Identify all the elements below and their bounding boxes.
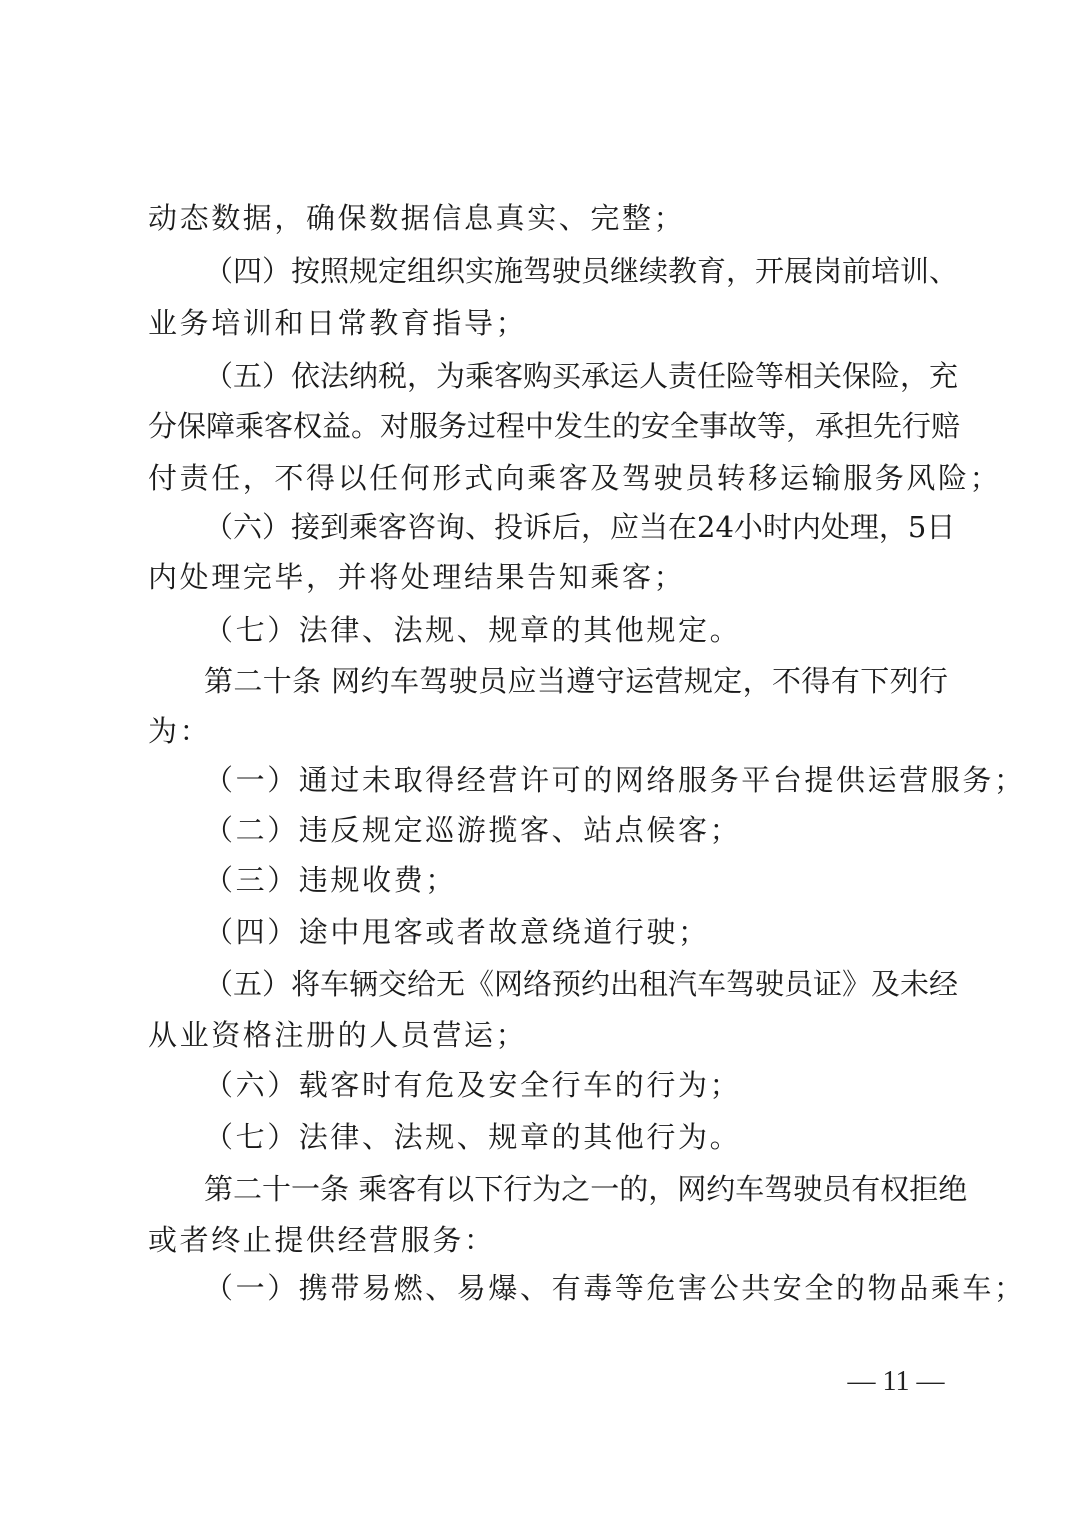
text-line-1: 动态数据，确保数据信息真实、完整；: [148, 198, 948, 238]
text-line-21: 或者终止提供经营服务：: [148, 1220, 948, 1260]
document-page: 动态数据，确保数据信息真实、完整； （四）按照规定组织实施驾驶员继续教育，开展岗…: [0, 0, 1080, 1527]
text-line-12: （一）通过未取得经营许可的网络服务平台提供运营服务；: [204, 760, 948, 800]
article-21-heading: 第二十一条 乘客有以下行为之一的，网约车驾驶员有权拒绝: [204, 1169, 948, 1209]
text-line-18: （六）载客时有危及安全行车的行为；: [204, 1065, 948, 1105]
text-line-9: （七）法律、法规、规章的其他规定。: [204, 610, 948, 650]
text-line-16: （五）将车辆交给无《网络预约出租汽车驾驶员证》及未经: [204, 964, 948, 1004]
text-line-13: （二）违反规定巡游揽客、站点候客；: [204, 810, 948, 850]
text-line-15: （四）途中甩客或者故意绕道行驶；: [204, 912, 948, 952]
text-line-3: 业务培训和日常教育指导；: [148, 303, 948, 343]
text-line-19: （七）法律、法规、规章的其他行为。: [204, 1117, 948, 1157]
text-line-2: （四）按照规定组织实施驾驶员继续教育，开展岗前培训、: [204, 251, 948, 291]
text-line-11: 为：: [148, 711, 948, 751]
article-20-heading: 第二十条 网约车驾驶员应当遵守运营规定，不得有下列行: [204, 661, 948, 701]
text-line-8: 内处理完毕，并将处理结果告知乘客；: [148, 557, 948, 597]
text-line-5: 分保障乘客权益。对服务过程中发生的安全事故等，承担先行赔: [148, 406, 948, 446]
text-line-7: （六）接到乘客咨询、投诉后，应当在24小时内处理，5日: [204, 507, 948, 547]
text-line-14: （三）违规收费；: [204, 860, 948, 900]
text-line-4: （五）依法纳税，为乘客购买承运人责任险等相关保险，充: [204, 356, 948, 396]
text-line-17: 从业资格注册的人员营运；: [148, 1015, 948, 1055]
text-line-6: 付责任，不得以任何形式向乘客及驾驶员转移运输服务风险；: [148, 458, 948, 498]
text-line-22: （一）携带易燃、易爆、有毒等危害公共安全的物品乘车；: [204, 1268, 948, 1308]
page-number: — 11 —: [846, 1364, 946, 1400]
